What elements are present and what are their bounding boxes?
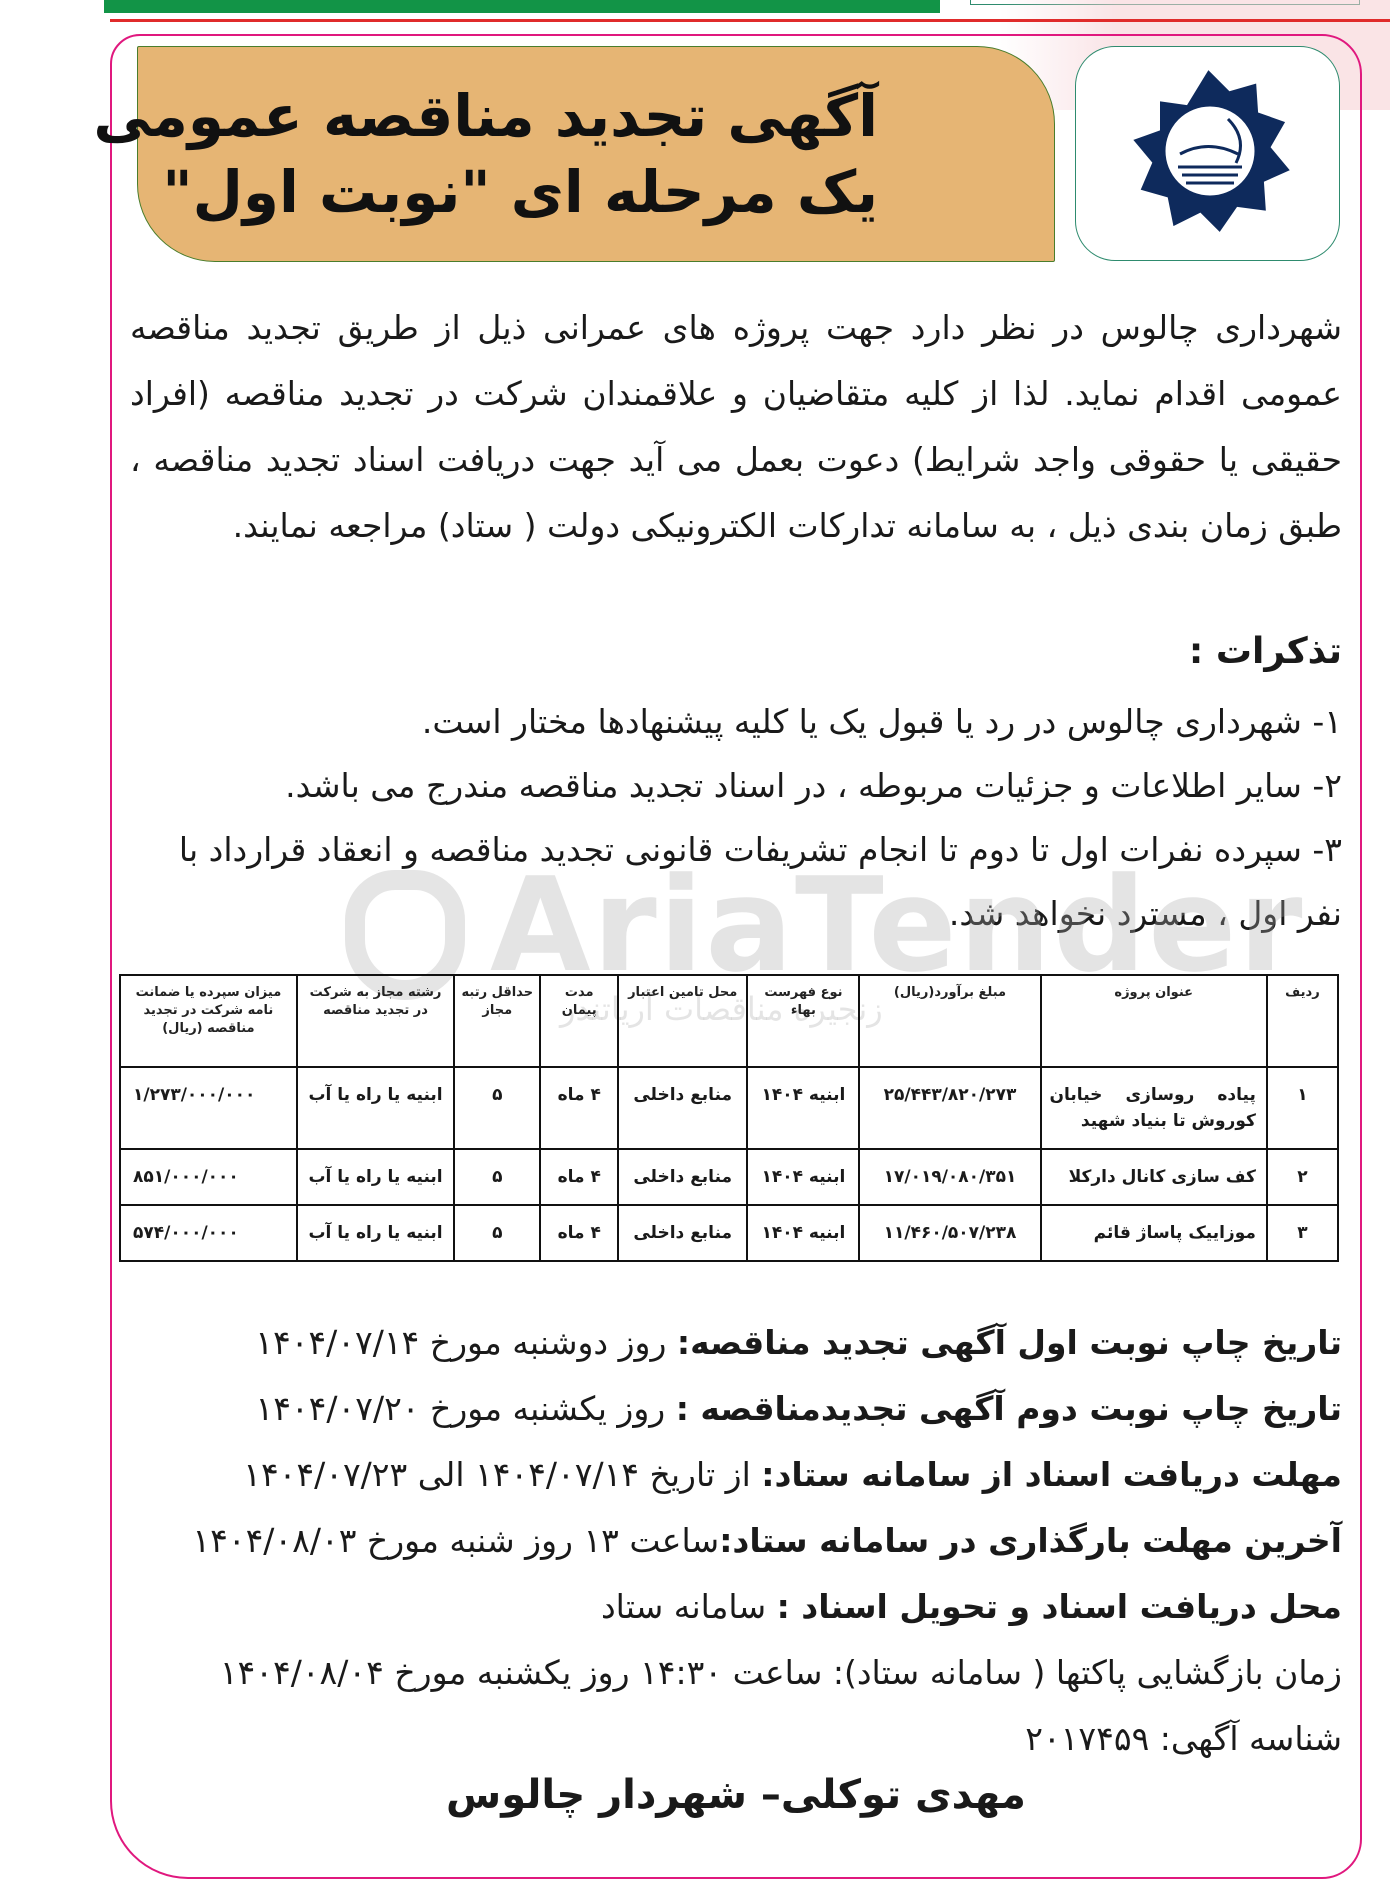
cell-duration: ۴ ماه	[540, 1067, 618, 1149]
note-item: ۲- سایر اطلاعات و جزئیات مربوطه ، در اسن…	[130, 754, 1342, 818]
header-min-grade: حداقل رتبه مجاز	[454, 975, 540, 1067]
cell-row-number: ۲	[1267, 1149, 1338, 1205]
cell-estimate: ۱۷/۰۱۹/۰۸۰/۳۵۱	[859, 1149, 1040, 1205]
header-estimate: مبلغ برآورد(ریال)	[859, 975, 1040, 1067]
schedule-first-print: تاریخ چاپ نوبت اول آگهی تجدید مناقصه: رو…	[130, 1310, 1342, 1376]
schedule-delivery-place: محل دریافت اسناد و تحویل اسناد : سامانه …	[130, 1574, 1342, 1640]
cell-estimate: ۲۵/۴۴۳/۸۲۰/۲۷۳	[859, 1067, 1040, 1149]
schedule-second-print: تاریخ چاپ نوبت دوم آگهی تجدیدمناقصه : رو…	[130, 1376, 1342, 1442]
cell-deposit: ۱/۲۷۳/۰۰۰/۰۰۰	[120, 1067, 297, 1149]
cell-price-list: ابنیه ۱۴۰۴	[747, 1067, 859, 1149]
cell-deposit: ۸۵۱/۰۰۰/۰۰۰	[120, 1149, 297, 1205]
cell-price-list: ابنیه ۱۴۰۴	[747, 1205, 859, 1261]
cell-min-grade: ۵	[454, 1067, 540, 1149]
cell-field: ابنیه یا راه یا آب	[297, 1205, 454, 1261]
title-line-2: یک مرحله ای "نوبت اول"	[162, 154, 878, 230]
schedule-label: تاریخ چاپ نوبت اول آگهی تجدید مناقصه:	[677, 1323, 1342, 1362]
notes-title: تذکرات :	[130, 626, 1342, 678]
logo-container	[1075, 46, 1340, 261]
cell-min-grade: ۵	[454, 1149, 540, 1205]
schedule-opening-time: زمان بازگشایی پاکتها ( سامانه ستاد): ساع…	[130, 1640, 1342, 1706]
schedule-doc-deadline: مهلت دریافت اسناد از سامانه ستاد: از تار…	[130, 1442, 1342, 1508]
intro-text: شهرداری چالوس در نظر دارد جهت پروژه های …	[130, 308, 1342, 545]
schedule-upload-deadline: آخرین مهلت بارگذاری در سامانه ستاد:ساعت …	[130, 1508, 1342, 1574]
cell-row-number: ۱	[1267, 1067, 1338, 1149]
cell-duration: ۴ ماه	[540, 1205, 618, 1261]
red-divider	[110, 19, 1390, 22]
cell-field: ابنیه یا راه یا آب	[297, 1067, 454, 1149]
schedule-ad-id: شناسه آگهی: ۲۰۱۷۴۵۹	[130, 1706, 1342, 1772]
header-duration: مدت پیمان	[540, 975, 618, 1067]
schedule-label: تاریخ چاپ نوبت دوم آگهی تجدیدمناقصه :	[676, 1389, 1342, 1428]
schedule-value: از تاریخ ۱۴۰۴/۰۷/۱۴ الی ۱۴۰۴/۰۷/۲۳	[243, 1455, 761, 1494]
schedule-section: تاریخ چاپ نوبت اول آگهی تجدید مناقصه: رو…	[130, 1310, 1342, 1772]
header-funding: محل تامین اعتبار	[618, 975, 747, 1067]
cell-funding: منابع داخلی	[618, 1067, 747, 1149]
cell-estimate: ۱۱/۴۶۰/۵۰۷/۲۳۸	[859, 1205, 1040, 1261]
signature: مهدی توکلی– شهردار چالوس	[130, 1772, 1342, 1818]
note-item: ۱- شهرداری چالوس در رد یا قبول یک یا کلی…	[130, 690, 1342, 754]
title-banner: آگهی تجدید مناقصه عمومی یک مرحله ای "نوب…	[137, 46, 1055, 262]
top-green-bar	[104, 0, 940, 13]
schedule-value: سامانه ستاد	[601, 1587, 777, 1626]
table-row: ۱ پیاده روسازی خیابان کوروش تا بنیاد شهی…	[120, 1067, 1338, 1149]
table-row: ۲ کف سازی کانال دارکلا ۱۷/۰۱۹/۰۸۰/۳۵۱ اب…	[120, 1149, 1338, 1205]
schedule-value: روز دوشنبه مورخ ۱۴۰۴/۰۷/۱۴	[255, 1323, 677, 1362]
schedule-value: شناسه آگهی: ۲۰۱۷۴۵۹	[1025, 1719, 1342, 1758]
cell-funding: منابع داخلی	[618, 1149, 747, 1205]
cell-project: پیاده روسازی خیابان کوروش تا بنیاد شهید	[1041, 1067, 1267, 1149]
table-header-row: ردیف عنوان پروژه مبلغ برآورد(ریال) نوع ف…	[120, 975, 1338, 1067]
title-line-1: آگهی تجدید مناقصه عمومی	[93, 78, 878, 154]
note-item: ۳- سپرده نفرات اول تا دوم تا انجام تشریف…	[130, 818, 1342, 946]
projects-table: ردیف عنوان پروژه مبلغ برآورد(ریال) نوع ف…	[119, 974, 1339, 1262]
schedule-label: مهلت دریافت اسناد از سامانه ستاد:	[761, 1455, 1342, 1494]
cell-duration: ۴ ماه	[540, 1149, 618, 1205]
chalus-municipality-logo-icon	[1108, 59, 1308, 249]
cell-project: موزاییک پاساژ قائم	[1041, 1205, 1267, 1261]
header-price-list: نوع فهرست بهاء	[747, 975, 859, 1067]
header-allowed-field: رشته مجاز به شرکت در تجدید مناقصه	[297, 975, 454, 1067]
cell-funding: منابع داخلی	[618, 1205, 747, 1261]
cell-field: ابنیه یا راه یا آب	[297, 1149, 454, 1205]
cell-project: کف سازی کانال دارکلا	[1041, 1149, 1267, 1205]
schedule-value: ساعت ۱۳ روز شنبه مورخ ۱۴۰۴/۰۸/۰۳	[192, 1521, 719, 1560]
header-row-number: ردیف	[1267, 975, 1338, 1067]
cell-price-list: ابنیه ۱۴۰۴	[747, 1149, 859, 1205]
notes-list: ۱- شهرداری چالوس در رد یا قبول یک یا کلی…	[130, 690, 1342, 946]
schedule-value: روز یکشنبه مورخ ۱۴۰۴/۰۷/۲۰	[256, 1389, 676, 1428]
table-row: ۳ موزاییک پاساژ قائم ۱۱/۴۶۰/۵۰۷/۲۳۸ ابنی…	[120, 1205, 1338, 1261]
schedule-label: محل دریافت اسناد و تحویل اسناد :	[777, 1587, 1342, 1626]
intro-paragraph: شهرداری چالوس در نظر دارد جهت پروژه های …	[130, 295, 1342, 559]
header-project-title: عنوان پروژه	[1041, 975, 1267, 1067]
schedule-label: آخرین مهلت بارگذاری در سامانه ستاد:	[719, 1521, 1342, 1560]
cell-deposit: ۵۷۴/۰۰۰/۰۰۰	[120, 1205, 297, 1261]
header-deposit: میزان سپرده یا ضمانت نامه شرکت در تجدید …	[120, 975, 297, 1067]
schedule-value: زمان بازگشایی پاکتها ( سامانه ستاد): ساع…	[220, 1653, 1342, 1692]
cell-min-grade: ۵	[454, 1205, 540, 1261]
cell-row-number: ۳	[1267, 1205, 1338, 1261]
